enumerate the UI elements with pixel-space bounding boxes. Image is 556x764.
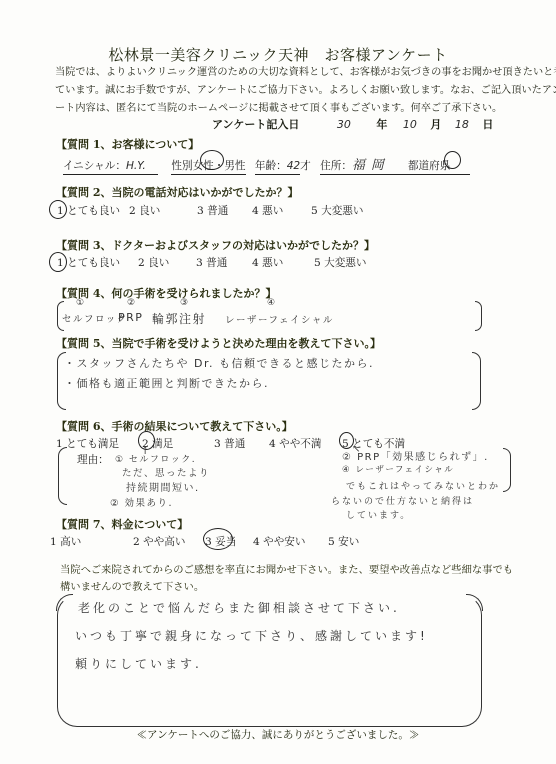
q2-selected-circle — [49, 200, 67, 219]
date-day-unit: 日 — [482, 116, 493, 132]
q5-answer-line-2: ・価格も適正範囲と判断できたから. — [64, 375, 269, 391]
q4-answer-2: PRP — [118, 311, 143, 324]
date-month: 10 — [403, 118, 417, 131]
q4-answer-3-num: ③ — [180, 298, 190, 308]
q6-reason-left-1: ① セルフロック. — [115, 452, 196, 465]
q1-fields: イニシャル：H.Y. 性別女性・男性 年齢：42 才 住所：福岡都道府県 — [63, 154, 470, 175]
q3-heading: 【質問 3、ドクターおよびスタッフの対応はいかがでしたか？】 — [56, 237, 375, 253]
survey-title: 松林景一美容クリニック天神 お客様アンケート — [0, 44, 556, 65]
q2-option-2[interactable]: 2 良い — [129, 203, 160, 218]
q4-bracket-right — [475, 301, 482, 331]
prefecture-selected-circle — [444, 151, 461, 169]
q6-reason-label: 理由： — [77, 452, 109, 467]
q4-answer-3: 輪郭注射 — [152, 310, 206, 327]
q4-answer-2-num: ② — [127, 298, 137, 308]
gender-selected-circle — [200, 150, 224, 170]
q6-reason-bracket-left — [58, 447, 67, 505]
q4-answer-4: レーザーフェイシャル — [225, 312, 334, 326]
q7-option-5[interactable]: 5 安い — [328, 534, 359, 549]
q3-option-4[interactable]: 4 悪い — [252, 255, 283, 270]
impressions-answer-line-1: 老化のことで悩んだらまた御相談させて下さい. — [78, 599, 400, 616]
q6-reason-bracket-right — [503, 448, 511, 492]
q7-option-2[interactable]: 2 やや高い — [133, 534, 185, 549]
intro-line-1: 当院では、よりよいクリニック運営のための大切な資料として、お客様がお気づきの事を… — [55, 64, 556, 82]
date-year-unit: 年 — [376, 116, 387, 132]
initial-field[interactable]: イニシャル：H.Y. — [63, 158, 158, 175]
q6-option-3[interactable]: 3 普通 — [214, 436, 245, 451]
q3-option-3[interactable]: 3 普通 — [196, 255, 227, 270]
impressions-prompt-line-2: 構いませんので教えて下さい。 — [60, 578, 204, 593]
impressions-answer-line-2: いつも丁寧で親身になって下さり、感謝しています! — [75, 627, 428, 644]
q1-heading: 【質問 1、お客様について】 — [56, 136, 199, 152]
q5-heading: 【質問 5、当院で手術を受けようと決めた理由を教えて下さい。】 — [56, 335, 381, 351]
date-label: アンケート記入日 — [212, 116, 299, 132]
q6-reason-right-1: ② PRP「効果感じられず」. — [342, 448, 489, 463]
q6-reason-left-2: ただ、思ったより — [122, 465, 210, 479]
q6-reason-left-4: ② 効果あり. — [110, 495, 173, 509]
date-month-unit: 月 — [430, 116, 441, 132]
q2-option-4[interactable]: 4 悪い — [252, 203, 283, 218]
q4-answer-4-num: ④ — [267, 298, 277, 308]
q7-selected-circle — [203, 528, 233, 550]
intro-line-2: ています。誠にお手数ですが、アンケートにご協力下さい。よろしくお願い致します。な… — [55, 82, 556, 100]
gender-male[interactable]: 男性 — [224, 160, 245, 172]
q2-heading: 【質問 2、当院の電話対応はいかがでしたか？】 — [56, 184, 298, 200]
q4-answer-1-num: ① — [76, 298, 86, 308]
q7-heading: 【質問 7、料金について】 — [56, 516, 188, 532]
q3-selected-circle — [49, 252, 67, 272]
q5-answer-line-1: ・スタッフさんたちや Dr. も信頼できると感じたから. — [64, 355, 374, 371]
impressions-prompt-line-1: 当院へご来院されてからのご感想を率直にお聞かせ下さい。また、要望や改善点など些細… — [60, 561, 513, 576]
q6-reason-right-5: しています。 — [346, 508, 411, 521]
q6-reason-right-4: らないので仕方ないと納得は — [331, 494, 474, 507]
q6-option-4[interactable]: 4 やや不満 — [269, 436, 321, 451]
q7-option-4[interactable]: 4 やや安い — [253, 534, 305, 549]
q3-option-2[interactable]: 2 良い — [138, 255, 169, 270]
q3-option-5[interactable]: 5 大変悪い — [314, 255, 366, 270]
thank-you-footer: ≪アンケートへのご協力、誠にありがとうございました。≫ — [0, 727, 556, 742]
q6-reason-right-2: ④ レーザーフェイシャル — [342, 463, 454, 475]
q7-option-1[interactable]: 1 高い — [50, 534, 81, 549]
date-year: 30 — [337, 118, 351, 131]
date-day: 18 — [455, 118, 469, 131]
q6-reason-left-3: 持続期間短い. — [126, 479, 200, 494]
q4-heading: 【質問 4、何の手術を受けられましたか？】 — [56, 285, 276, 301]
q5-bracket-right — [472, 352, 481, 410]
impressions-answer-line-3: 頼りにしています. — [75, 655, 202, 672]
entry-date: アンケート記入日 30 年 10 月 18 日 — [212, 116, 493, 132]
q6-heading: 【質問 6、手術の結果について教えて下さい。】 — [56, 418, 293, 434]
age-field[interactable]: 年齢：42 — [255, 158, 300, 175]
q6-reason-right-3: でもこれはやってみないとわか — [346, 479, 500, 492]
q2-option-5[interactable]: 5 大変悪い — [311, 203, 363, 218]
q2-option-3[interactable]: 3 普通 — [197, 203, 228, 218]
